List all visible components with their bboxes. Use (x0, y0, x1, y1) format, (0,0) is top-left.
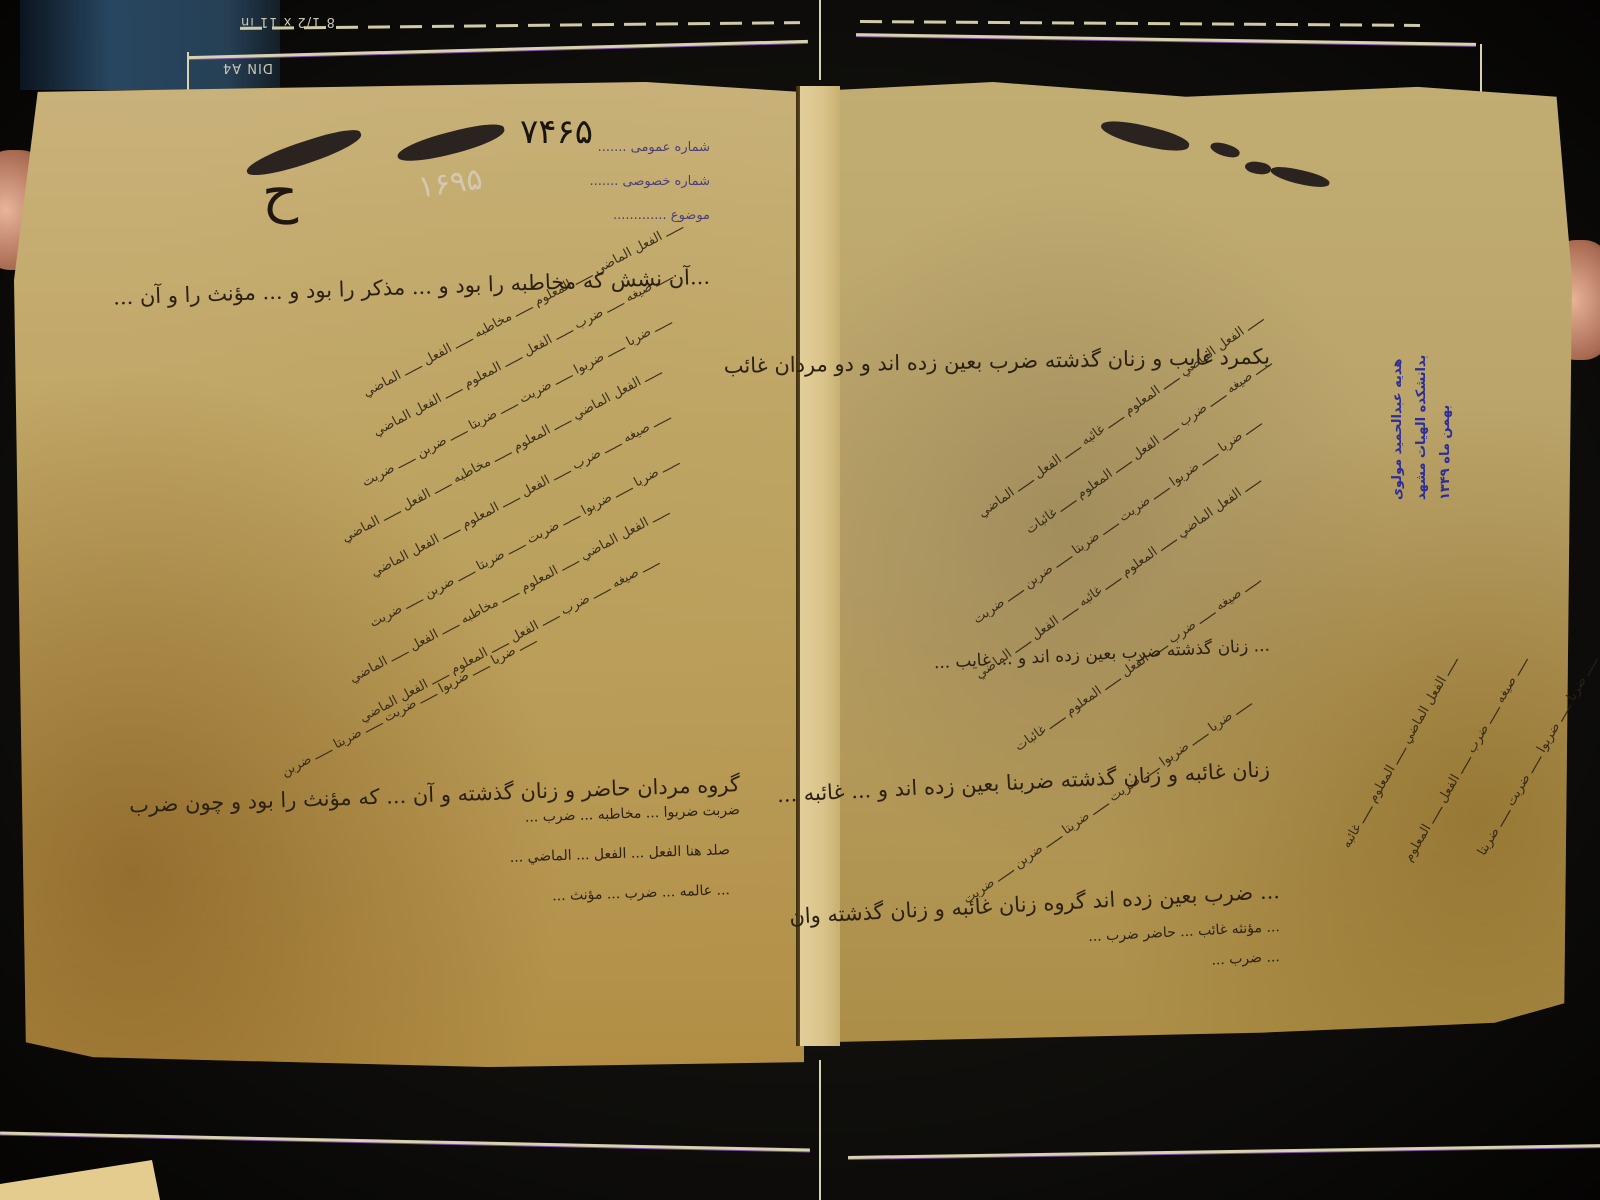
mat-center-line (819, 1060, 821, 1200)
ink-blot (1209, 140, 1241, 161)
left-manuscript-page (14, 82, 804, 1072)
mat-guide-line (187, 52, 189, 92)
ink-blot (1269, 163, 1331, 191)
corner-mark: ح (262, 160, 298, 225)
mat-size-a4-label: DIN A4 (222, 60, 273, 75)
mat-guide-line (1480, 44, 1482, 94)
library-stamp-line2: شماره خصوصی ....... (540, 174, 710, 189)
donation-stamp-line3: بهمن ماه ۱۳۴۹ (1438, 405, 1453, 500)
library-stamp-line1: شماره عمومی ....... (540, 140, 710, 155)
ink-blot (1099, 115, 1191, 156)
mat-center-line (819, 0, 821, 80)
donation-stamp-line1: هدیه عبدالحمید مولوی (1390, 359, 1405, 500)
donation-stamp: هدیه عبدالحمید مولوی بدانشکده الهیات مشه… (1390, 310, 1490, 500)
donation-stamp-line2: بدانشکده الهیات مشهد (1414, 355, 1429, 500)
ink-blot (395, 119, 507, 167)
library-stamp-line3: موضوع ............. (540, 208, 710, 223)
ink-blot (1244, 160, 1272, 176)
